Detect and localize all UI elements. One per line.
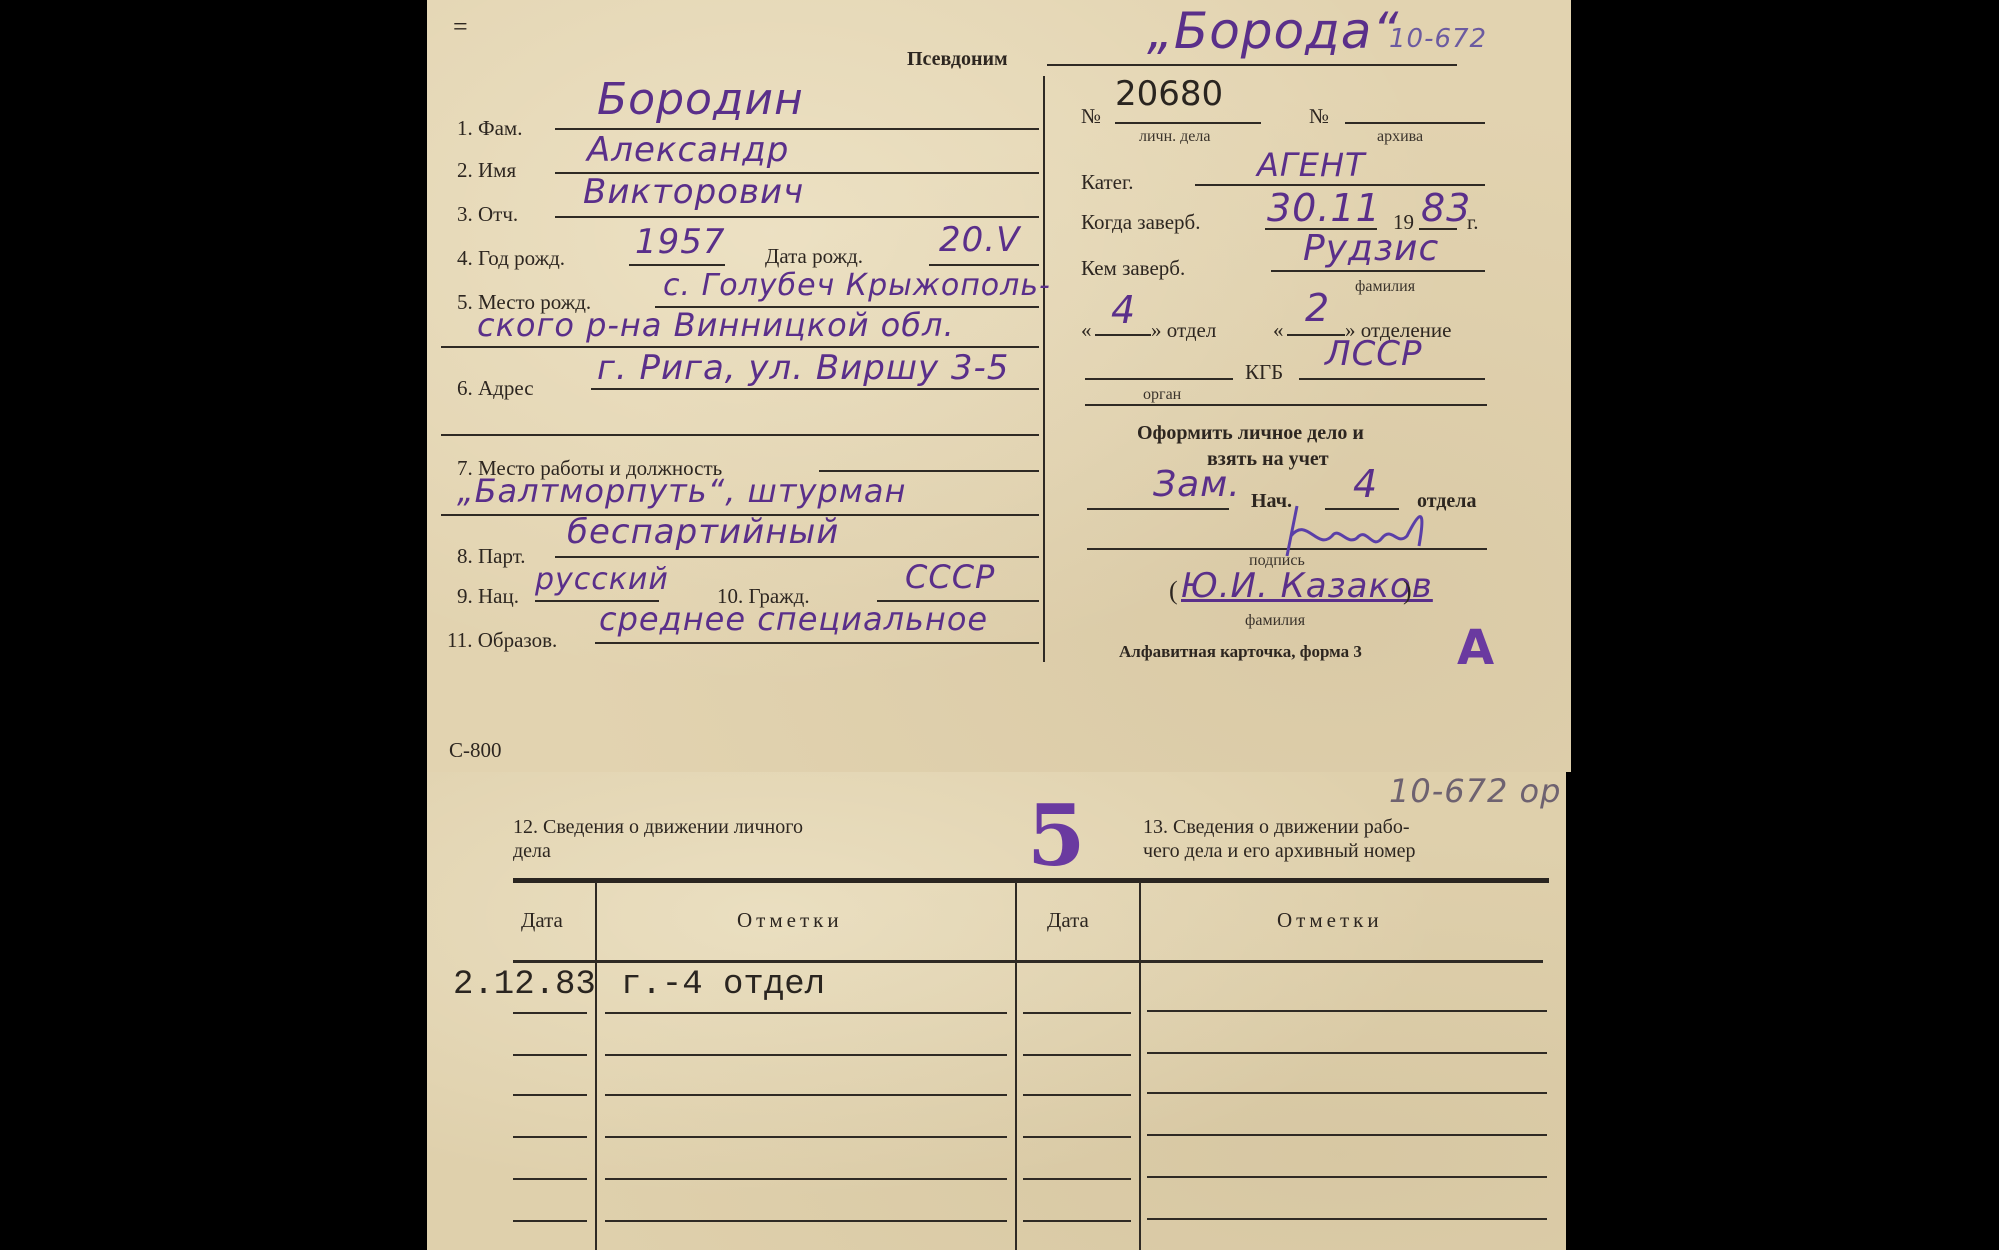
archive-annotation: 10-672 ор (1389, 772, 1561, 810)
field-9-label: 9. Нац. (457, 584, 519, 609)
section-value: 2 (1305, 286, 1330, 330)
education-value: среднее специальное (599, 600, 988, 638)
dept-label: » отдел (1151, 318, 1216, 343)
party-value: беспартийный (567, 512, 839, 552)
col-header-date-2: Дата (1047, 908, 1089, 933)
organ-caption: орган (1143, 386, 1181, 404)
corner-mark: = (453, 12, 468, 42)
dept-line (1095, 334, 1151, 336)
field-8-label: 8. Парт. (457, 544, 526, 569)
field-3-line (555, 216, 1039, 218)
recruited-by-value: Рудзис (1303, 228, 1439, 269)
kgb-value: ЛССР (1325, 334, 1423, 374)
category-label: Катег. (1081, 170, 1134, 195)
organ-line (1085, 378, 1233, 380)
recruited-when-label: Когда заверб. (1081, 210, 1200, 235)
instruction-line-1: Оформить личное дело и (1137, 422, 1364, 445)
case-number: 20680 (1115, 74, 1223, 114)
field-4-label: 4. Год рожд. (457, 246, 565, 271)
field-6-label: 6. Адрес (457, 376, 534, 401)
recruited-when-value: 30.11 (1267, 186, 1381, 230)
stamp-number: 5 (1027, 786, 1085, 885)
row-1-note: г.-4 отдел (621, 966, 825, 1004)
section-13-title-line-2: чего дела и его архивный номер (1143, 840, 1416, 863)
section-open-quote: « (1273, 318, 1284, 343)
birth-date-value: 20.V (939, 220, 1020, 260)
case-no-line (1115, 122, 1261, 124)
signer-caption: фамилия (1245, 612, 1305, 630)
archive-caption: архива (1377, 128, 1423, 146)
deputy-value: Зам. (1153, 464, 1241, 505)
organ-line-2 (1085, 404, 1487, 406)
workplace-value: „Балтморпуть“, штурман (457, 472, 906, 510)
dept-open-quote: « (1081, 318, 1092, 343)
field-11-label: 11. Образов. (447, 628, 557, 653)
pseudonym-value: „Борода“ (1147, 2, 1399, 60)
case-no-caption: личн. дела (1139, 128, 1210, 146)
row-1-date: 2.12.83 (453, 966, 596, 1004)
recruited-by-label: Кем заверб. (1081, 256, 1185, 281)
signer-open-paren: ( (1169, 576, 1178, 606)
col-header-notes-1: Отметки (737, 908, 843, 933)
case-no-sign: № (1081, 104, 1101, 129)
signer-close-paren: ) (1403, 576, 1412, 606)
table-vline-2 (1015, 882, 1017, 1250)
alphabetic-card-front: = Псевдоним „Борода“ 10-672 1. Фам. Боро… (427, 0, 1571, 772)
kgb-line (1299, 378, 1485, 380)
section-12-title-line-2: дела (513, 840, 551, 863)
field-4-line (629, 264, 725, 266)
field-3-label: 3. Отч. (457, 202, 518, 227)
field-11-line (595, 642, 1039, 644)
col-header-date-1: Дата (521, 908, 563, 933)
patronymic-value: Викторович (583, 172, 804, 212)
kgb-label: КГБ (1245, 360, 1283, 385)
field-6-line-2 (441, 434, 1039, 436)
address-value: г. Рига, ул. Виршу 3-5 (597, 348, 1009, 388)
recruited-by-line (1271, 270, 1485, 272)
birth-date-line (929, 264, 1039, 266)
col-header-notes-2: Отметки (1277, 908, 1383, 933)
citizenship-value: СССР (905, 558, 995, 596)
pseudonym-line (1047, 64, 1457, 66)
table-header-rule (513, 960, 1543, 963)
first-name-value: Александр (587, 130, 789, 170)
recruited-year-value: 83 (1421, 186, 1471, 230)
category-value: АГЕНТ (1257, 146, 1366, 184)
signer-name: Ю.И. Казаков (1181, 566, 1433, 606)
archive-no-line (1345, 122, 1485, 124)
pseudonym-label: Псевдоним (907, 48, 1008, 71)
form-stamp-letter: А (1457, 620, 1494, 676)
table-vline-3 (1139, 882, 1141, 1250)
form-code: С-800 (449, 738, 502, 763)
birth-year-value: 1957 (635, 222, 726, 262)
table-top-rule (513, 878, 1549, 883)
pseudonym-annotation: 10-672 (1389, 24, 1487, 54)
recruited-year-suffix: г. (1467, 210, 1479, 235)
section-13-title-line-1: 13. Сведения о движении рабо- (1143, 816, 1410, 839)
deputy-line (1087, 508, 1229, 510)
birthplace-value-continued: ского р-на Винницкой обл. (477, 306, 955, 344)
surname-caption: фамилия (1355, 278, 1415, 296)
alphabetic-card-back: 10-672 ор 12. Сведения о движении личног… (427, 772, 1566, 1250)
field-6-line (591, 388, 1039, 390)
nationality-value: русский (535, 562, 669, 597)
column-divider (1043, 76, 1045, 662)
form-label: Алфавитная карточка, форма 3 (1119, 642, 1362, 662)
table-vline-1 (595, 882, 597, 1250)
field-2-label: 2. Имя (457, 158, 516, 183)
field-1-label: 1. Фам. (457, 116, 522, 141)
archive-no-sign: № (1309, 104, 1329, 129)
birth-date-label: Дата рожд. (765, 244, 863, 269)
section-12-title-line-1: 12. Сведения о движении личного (513, 816, 803, 839)
birthplace-value: с. Голубеч Крыжополь- (663, 268, 1051, 303)
dept-value: 4 (1111, 288, 1136, 332)
surname-value: Бородин (597, 74, 804, 125)
